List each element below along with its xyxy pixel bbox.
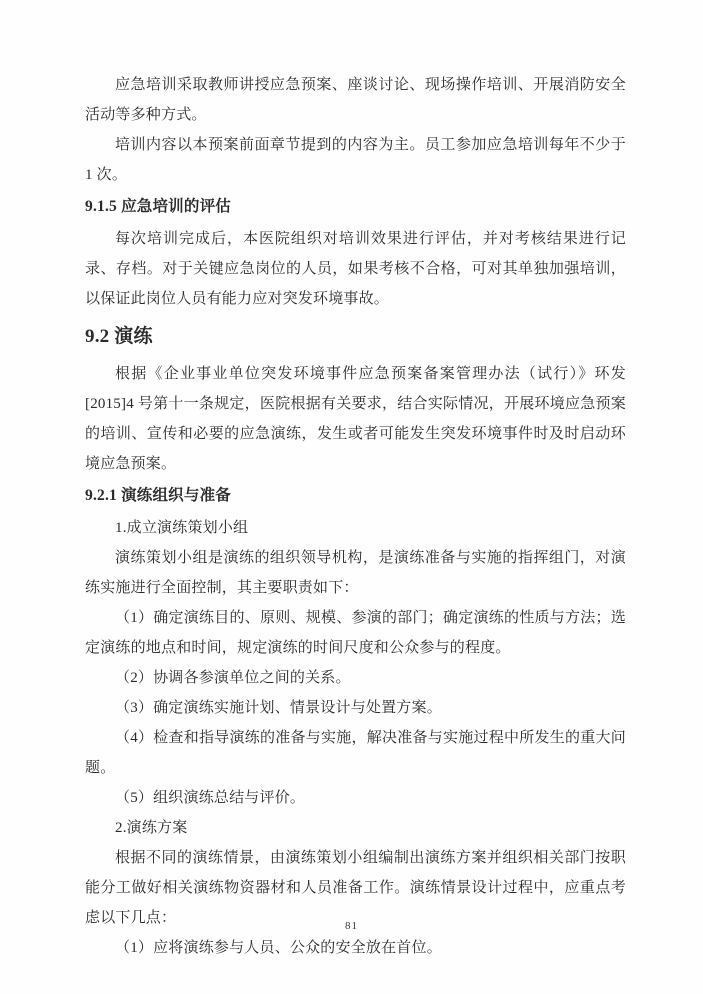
paragraph: （2）协调各参演单位之间的关系。 — [85, 663, 626, 693]
paragraph: （4）检查和指导演练的准备与实施，解决准备与实施过程中所发生的重大问题。 — [85, 723, 626, 783]
document-content: 应急培训采取教师讲授应急预案、座谈讨论、现场操作培训、开展消防安全活动等多种方式… — [85, 70, 626, 963]
paragraph: 应急培训采取教师讲授应急预案、座谈讨论、现场操作培训、开展消防安全活动等多种方式… — [85, 70, 626, 130]
paragraph: 演练策划小组是演练的组织领导机构，是演练准备与实施的指挥组门，对演练实施进行全面… — [85, 543, 626, 603]
paragraph: （1）确定演练目的、原则、规模、参演的部门；确定演练的性质与方法；选定演练的地点… — [85, 603, 626, 663]
section-heading: 9.1.5 应急培训的评估 — [85, 191, 626, 223]
section-heading: 9.2.1 演练组织与准备 — [85, 480, 626, 512]
page-number: 81 — [345, 920, 358, 932]
paragraph: 1.成立演练策划小组 — [85, 513, 626, 543]
paragraph: 2.演练方案 — [85, 813, 626, 843]
paragraph: （5）组织演练总结与评价。 — [85, 783, 626, 813]
page-footer: 81 — [0, 916, 703, 934]
paragraph: （1）应将演练参与人员、公众的安全放在首位。 — [85, 933, 626, 963]
section-heading: 9.2 演练 — [85, 320, 626, 354]
paragraph: （3）确定演练实施计划、情景设计与处置方案。 — [85, 693, 626, 723]
paragraph: 培训内容以本预案前面章节提到的内容为主。员工参加应急培训每年不少于 1 次。 — [85, 130, 626, 190]
paragraph: 每次培训完成后，本医院组织对培训效果进行评估，并对考核结果进行记录、存档。对于关… — [85, 224, 626, 314]
document-page: 应急培训采取教师讲授应急预案、座谈讨论、现场操作培训、开展消防安全活动等多种方式… — [0, 0, 703, 994]
paragraph: 根据《企业事业单位突发环境事件应急预案备案管理办法（试行）》环发[2015]4 … — [85, 359, 626, 479]
